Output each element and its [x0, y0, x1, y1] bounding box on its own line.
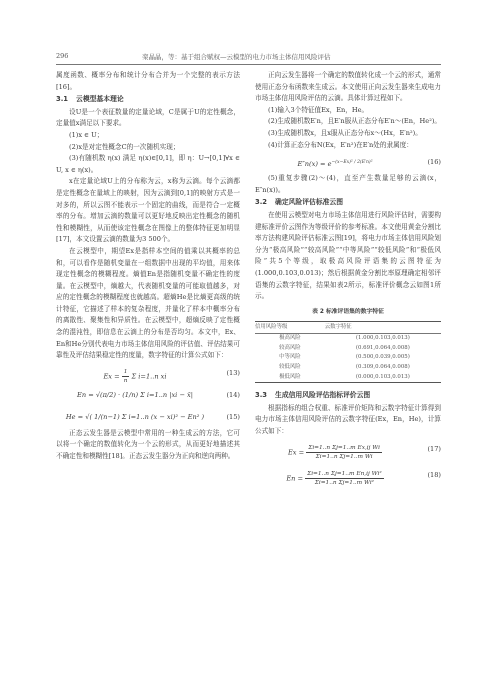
running-title: 栾晶晶，等：基于组合赋权—云模型的电力市场主体信用风险评估 [142, 52, 331, 61]
paragraph: 在使用云模型对电力市场主体信用进行风险评估时，需要构建标准评价云图作为等级评价的… [255, 210, 441, 303]
cloud-features: (0.000,0.103,0.013) [325, 373, 441, 383]
paragraph: 属度函数、概率分布和统计分布合并为一个完整的表示方法[16]。 [56, 70, 240, 93]
numerator: Σi=1..n Σj=1..m Ex,ij Wi [306, 444, 382, 453]
right-column: 正向云发生器将一个确定的数值转化成一个云的形式，通常使用正态分布函数来生成云。本… [255, 70, 441, 490]
equation-rhs: √( 1/(n−1) Σ i=1..n (x − xi)² − En² ) [85, 413, 204, 421]
step-item: (5)重复步骤(2)～(4)，直至产生数量足够的云滴(x，E″n(x))。 [255, 173, 441, 196]
table-row: 极高风险 (1.000,0.103,0.013) [255, 334, 441, 344]
table-row: 极低风险 (0.000,0.103,0.013) [255, 373, 441, 383]
equation-17: Ex = Σi=1..n Σj=1..m Ex,ij WiΣi=1..n Σj=… [255, 438, 441, 464]
equation-rhs: Σ i=1..n xi [132, 372, 167, 380]
section-heading-3-3: 3.3生成信用风险评估指标评价云图 [255, 390, 441, 402]
fraction: Σi=1..n Σj=1..m Ex,ij WiΣi=1..n Σj=1..m … [306, 444, 382, 461]
equation-lhs: E″n(x) = e [298, 160, 332, 168]
risk-level: 中等风险 [255, 353, 325, 363]
step-item: (3)生成随机数x，且x服从正态分布x～(Hx，E′n²)。 [255, 128, 441, 140]
equation-exponent: −(x−Ex)² / 2(E′n)² [332, 160, 373, 165]
paragraph: 正态云发生器是云模型中常用的一种生成云的方法，它可以将一个确定的数值转化为一个云… [56, 428, 240, 463]
section-heading-3-2: 3.2确定风险评估标准云图 [255, 197, 441, 209]
spacer [255, 383, 441, 389]
denominator: Σi=1..n Σj=1..m Wi [306, 453, 382, 461]
equation-16: E″n(x) = e−(x−Ex)² / 2(E′n)² (16) [255, 151, 441, 173]
paragraph: 在云模型中，期望Ex是指样本空间的值乘以其概率的总和，可以看作是随机变量在一组数… [56, 246, 240, 362]
risk-level: 较高风险 [255, 344, 325, 354]
risk-level: 较低风险 [255, 363, 325, 373]
table-row: 较高风险 (0.691,0.064,0.008) [255, 344, 441, 354]
section-number: 3.3 [255, 391, 267, 399]
cloud-features: (0.691,0.064,0.008) [325, 344, 441, 354]
risk-level: 极高风险 [255, 334, 325, 344]
step-item: (2)生成随机数E′n，且E′n服从正态分布E′n～(En，He²)。 [255, 116, 441, 128]
condition-item: (1)x ∈ U； [56, 130, 240, 142]
equation-lhs: Ex = [288, 448, 306, 456]
step-item: (4)计算正态分布N(Ex，E′n²)在E′n处的隶属度： [255, 140, 441, 152]
cloud-features: (0.500,0.039,0.005) [325, 353, 441, 363]
section-number: 3.2 [255, 198, 267, 206]
cloud-features: (0.309,0.064,0.008) [325, 363, 441, 373]
paragraph: 正向云发生器将一个确定的数值转化成一个云的形式，通常使用正态分布函数来生成云。本… [255, 70, 441, 105]
equation-number: (14) [226, 390, 240, 402]
numerator: 1 [122, 368, 130, 377]
equation-lhs: He = [66, 413, 85, 421]
paragraph: 根据指标的组合权重、标准评价矩阵和云数字特征计算得到电力市场主体信用风险评估的云… [255, 403, 441, 438]
table-caption: 表 2 标准评语集的数字特征 [255, 307, 441, 319]
equation-18: En = Σi=1..n Σj=1..m En,ij Wi²Σi=1..n Σj… [255, 464, 441, 490]
equation-15: He = √( 1/(n−1) Σ i=1..n (x − xi)² − En²… [56, 406, 240, 428]
running-header: 296 栾晶晶，等：基于组合赋权—云模型的电力市场主体信用风险评估 [56, 52, 441, 65]
equation-14: En = √(π/2) · (1/n) Σ i=1..n |xi − x̄| (… [56, 384, 240, 406]
equation-lhs: En = [286, 474, 305, 482]
section-heading-3-1: 3.1云模型基本理论 [56, 94, 240, 106]
column-header: 云数字特征 [325, 322, 441, 334]
paragraph: x在定量论域U上的分布称为云，x称为云滴。每个云滴都是定性概念在量域上的映射，因… [56, 176, 240, 246]
step-item: (1)输入3个特征值Ex，En，He。 [255, 105, 441, 117]
equation-lhs: En = [77, 391, 96, 399]
equation-number: (13) [226, 368, 240, 380]
equation-13: Ex = 1n Σ i=1..n xi (13) [56, 362, 240, 384]
column-header: 信用风险等级 [255, 322, 325, 334]
section-title: 云模型基本理论 [76, 95, 124, 103]
table-row: 较低风险 (0.309,0.064,0.008) [255, 363, 441, 373]
cloud-features: (1.000,0.103,0.013) [325, 334, 441, 344]
fraction: Σi=1..n Σj=1..m En,ij Wi²Σi=1..n Σj=1..m… [305, 470, 384, 487]
equation-lhs: Ex = [103, 372, 121, 380]
fraction: 1n [122, 368, 130, 385]
equation-number: (17) [427, 444, 441, 456]
table-row: 中等风险 (0.500,0.039,0.005) [255, 353, 441, 363]
section-title: 确定风险评估标准云图 [275, 198, 343, 206]
condition-item: (2)x是对定性概念C的一次随机实现； [56, 142, 240, 154]
equation-number: (16) [427, 157, 441, 169]
page-number: 296 [56, 52, 68, 60]
paragraph: 设U是一个表征数量的定量论域，C是属于U的定性概念，定量值x满足以下要求。 [56, 107, 240, 130]
equation-number: (18) [427, 470, 441, 482]
condition-item: (3)有随机数 η(x) 满足 η(x)∈[0,1]，即 η：U→[0,1]∀x… [56, 153, 240, 176]
left-column: 属度函数、概率分布和统计分布合并为一个完整的表示方法[16]。 3.1云模型基本… [56, 70, 240, 463]
section-title: 生成信用风险评估指标评价云图 [275, 391, 370, 399]
denominator: Σi=1..n Σj=1..m Wi² [305, 479, 384, 487]
section-number: 3.1 [56, 95, 68, 103]
numerator: Σi=1..n Σj=1..m En,ij Wi² [305, 470, 384, 479]
equation-number: (15) [226, 412, 240, 424]
risk-level: 极低风险 [255, 373, 325, 383]
equation-rhs: √(π/2) · (1/n) Σ i=1..n |xi − x̄| [96, 391, 193, 399]
standard-cloud-table: 信用风险等级 云数字特征 极高风险 (1.000,0.103,0.013) 较高… [255, 321, 441, 383]
